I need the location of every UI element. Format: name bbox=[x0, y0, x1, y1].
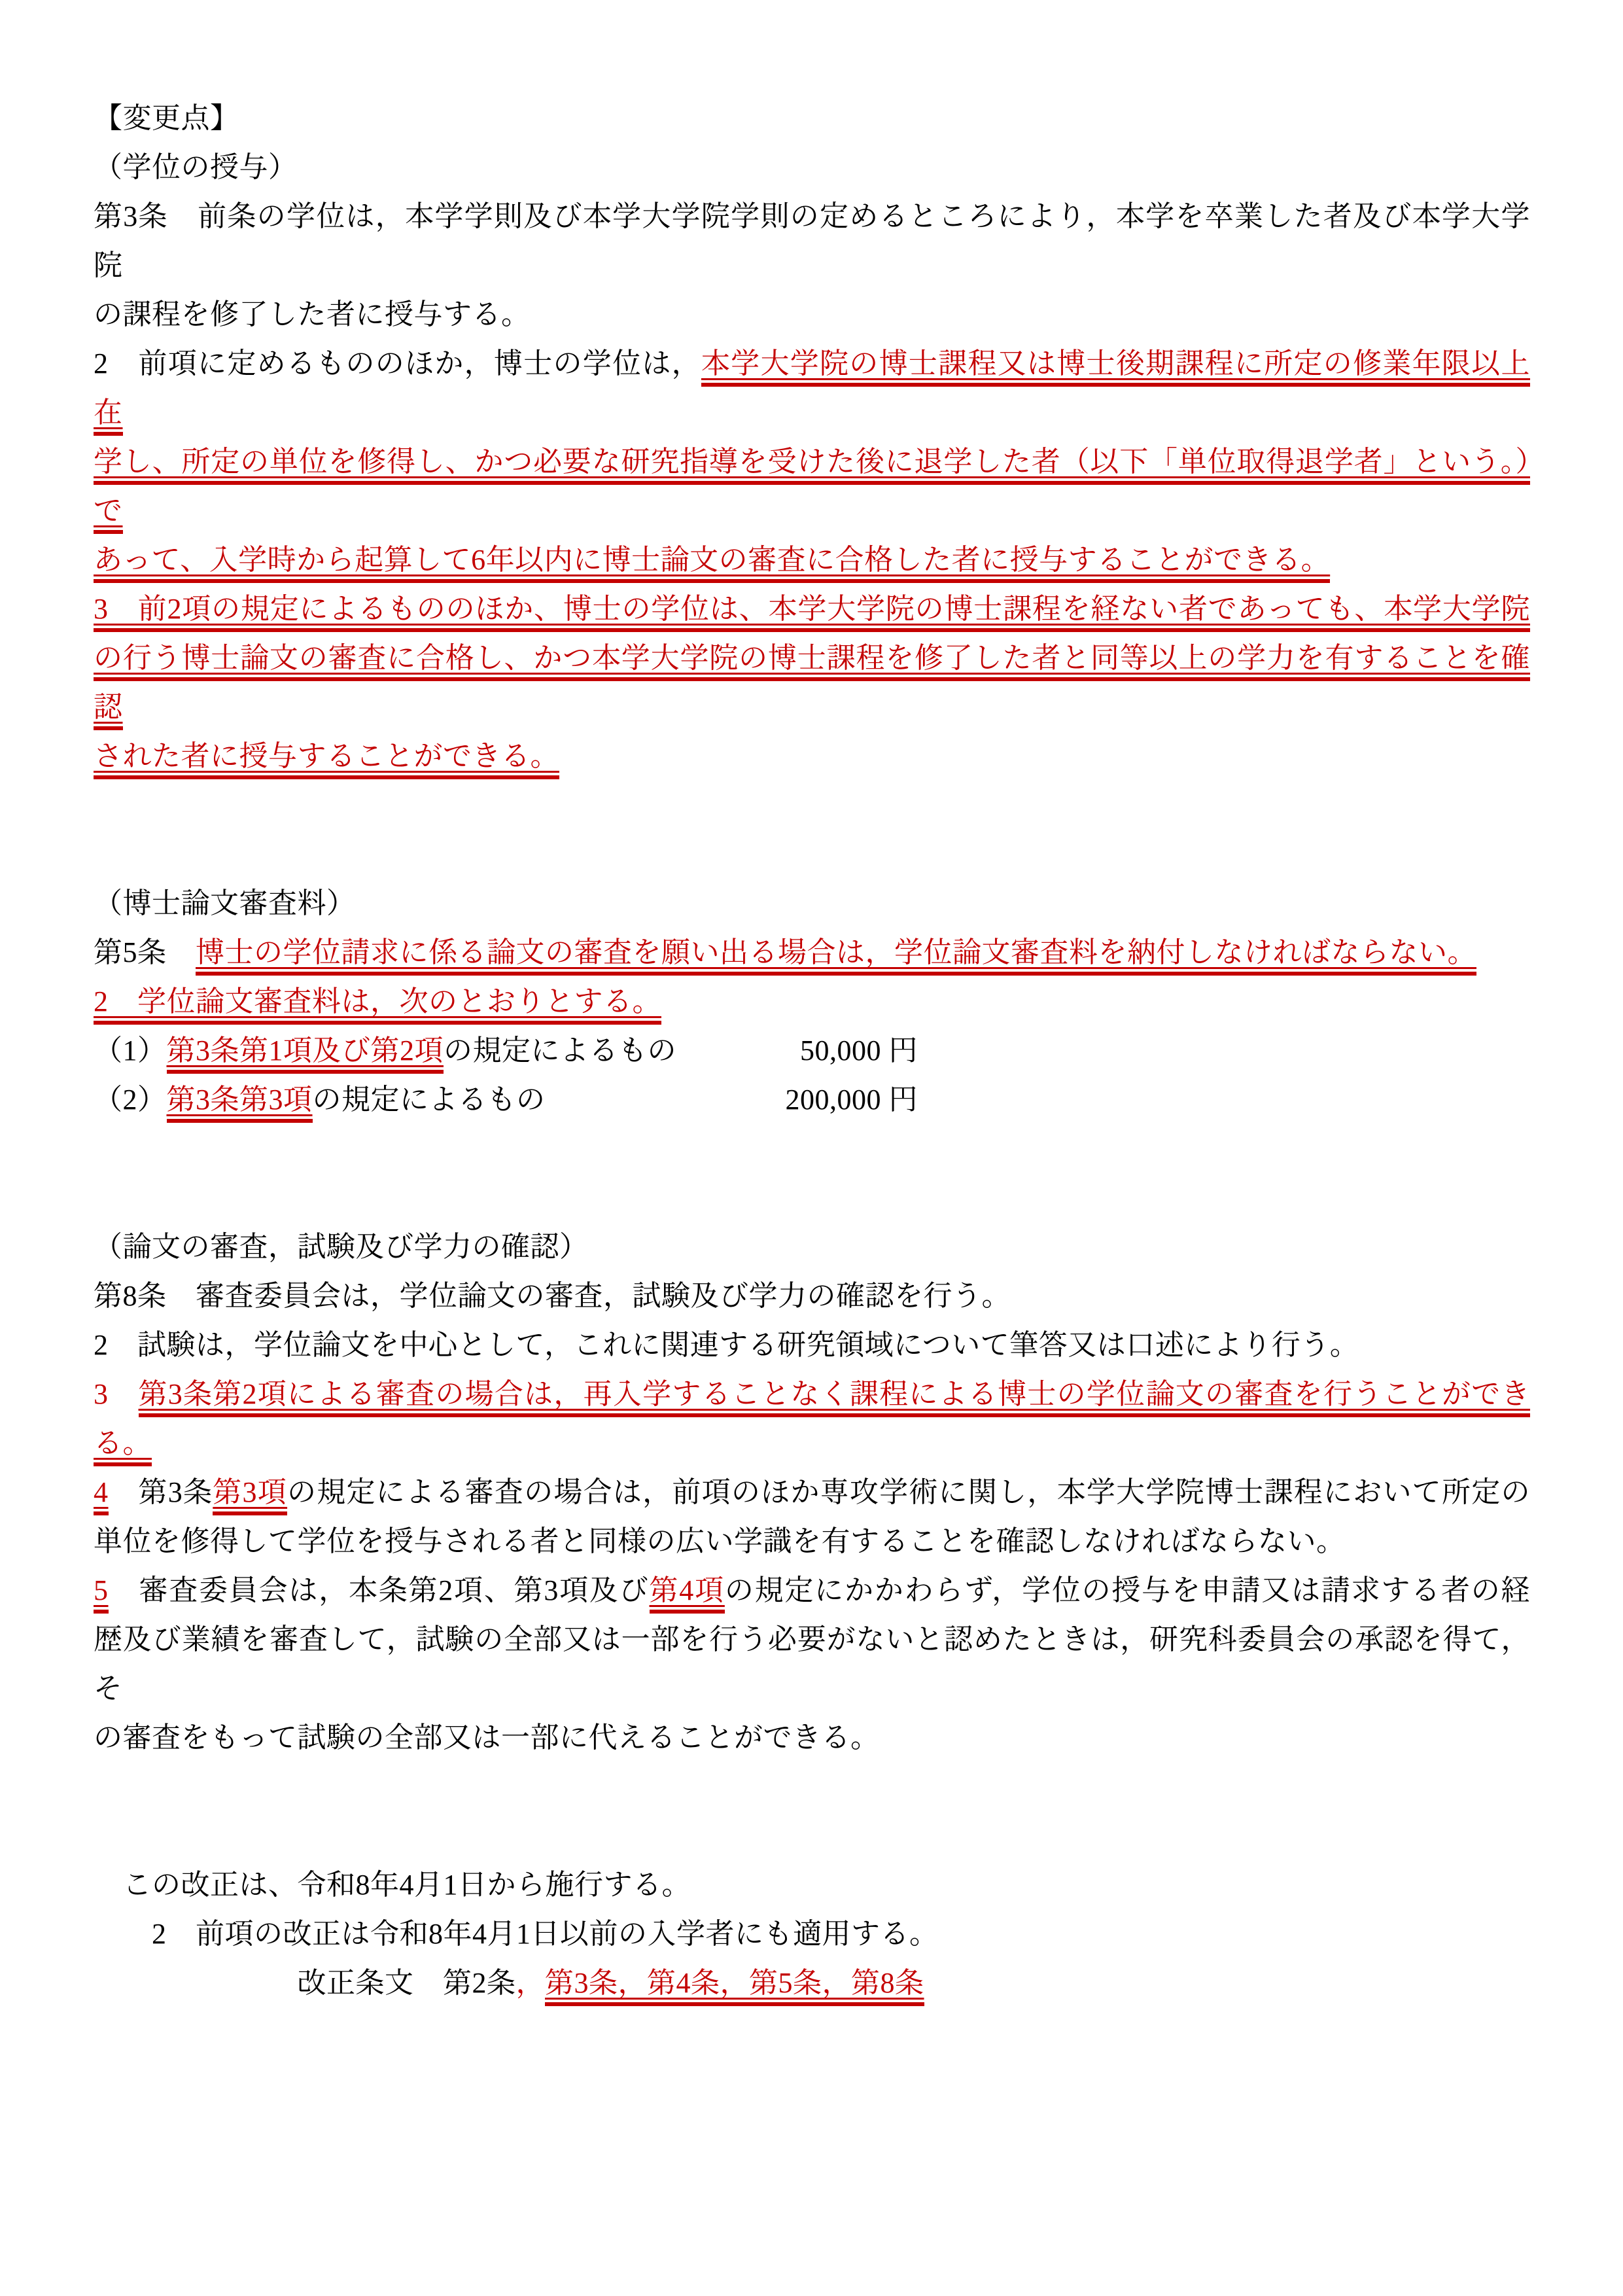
text-segment: の審査をもって試験の全部又は一部に代えることができる。 bbox=[94, 1722, 880, 1754]
text-segment: （博士論文審査料） bbox=[94, 887, 356, 919]
text-segment: （2） bbox=[94, 1084, 167, 1116]
section-title-examination: （論文の審査，試験及び学力の確認） bbox=[94, 1222, 1530, 1271]
article8-para4-line2: 単位を修得して学位を授与される者と同様の広い学識を有することを確認しなければなら… bbox=[94, 1517, 1530, 1566]
supplementary-para1: この改正は、令和8年4月1日から施行する。 bbox=[94, 1860, 1530, 1909]
heading-changes: 【変更点】 bbox=[94, 94, 1530, 143]
text-segment: された者に授与することができる。 bbox=[94, 740, 559, 779]
article3-para2-line3: あって、入学時から起算して6年以内に博士論文の審査に合格した者に授与することがで… bbox=[94, 535, 1530, 584]
section-title-doctoral-fee: （博士論文審査料） bbox=[94, 879, 1530, 928]
article5-para1: 第5条 博士の学位請求に係る論文の審査を願い出る場合は，学位論文審査料を納付しな… bbox=[94, 928, 1530, 977]
section-title-degree-award: （学位の授与） bbox=[94, 143, 1530, 192]
text-segment: 4 bbox=[94, 1476, 109, 1515]
article8-para5-line1: 5 審査委員会は，本条第2項、第3項及び第4項の規定にかかわらず，学位の授与を申… bbox=[94, 1566, 1530, 1615]
text-segment: 歴及び業績を審査して，試験の全部又は一部を行う必要がないと認めたときは，研究科委… bbox=[94, 1623, 1530, 1704]
text-segment: この改正は、令和8年4月1日から施行する。 bbox=[94, 1869, 691, 1901]
text-segment: 第3条第1項及び第2項 bbox=[167, 1034, 444, 1074]
text-segment: 博士の学位請求に係る論文の審査を願い出る場合は，学位論文審査料を納付しなければな… bbox=[196, 936, 1476, 976]
article3-para2-line2: 学し、所定の単位を修得し、かつ必要な研究指導を受けた後に退学した者（以下「単位取… bbox=[94, 437, 1530, 535]
text-segment: 【変更点】 bbox=[94, 102, 239, 134]
article3-para3-line1: 3 前2項の規定によるもののほか、博士の学位は、本学大学院の博士課程を経ない者で… bbox=[94, 584, 1530, 633]
text-segment: 第3条第2項による審査の場合は，再入学することなく課程による博士の学位論文の審査… bbox=[139, 1378, 1531, 1417]
text-segment: の課程を修了した者に授与する。 bbox=[94, 298, 531, 330]
text-segment: （学位の授与） bbox=[94, 151, 298, 183]
text-segment: の規定による審査の場合は，前項のほか専攻学術に関し，本学大学院博士課程において所… bbox=[287, 1476, 1530, 1508]
article3-para1-line1: 第3条 前条の学位は，本学学則及び本学大学院学則の定めるところにより，本学を卒業… bbox=[94, 192, 1530, 290]
text-segment: 3 前2項の規定によるもののほか、博士の学位は、本学大学院の博士課程を経ない者で… bbox=[94, 593, 1530, 632]
text-segment: （論文の審査，試験及び学力の確認） bbox=[94, 1231, 589, 1263]
text-segment: 2 前項に定めるもののほか，博士の学位は， bbox=[94, 347, 701, 380]
text-segment: 2 前項の改正は令和8年4月1日以前の入学者にも適用する。 bbox=[94, 1918, 939, 1950]
fee-item-2: （2）第3条第3項の規定によるもの200,000 円 bbox=[94, 1075, 1530, 1124]
text-segment: の行う博士論文の審査に合格し、かつ本学大学院の博士課程を修了した者と同等以上の学… bbox=[94, 642, 1530, 730]
text-segment: 改正条文 第2条 bbox=[94, 1967, 516, 1999]
document-content: 【変更点】（学位の授与）第3条 前条の学位は，本学学則及び本学大学院学則の定める… bbox=[94, 94, 1530, 2007]
text-segment: る。 bbox=[94, 1427, 152, 1466]
text-segment: の規定にかかわらず，学位の授与を申請又は請求する者の経 bbox=[725, 1574, 1530, 1606]
supplementary-para2: 2 前項の改正は令和8年4月1日以前の入学者にも適用する。 bbox=[94, 1909, 1530, 1958]
text-segment: 3 bbox=[94, 1378, 139, 1410]
text-segment: 審査委員会は，本条第2項、第3項及び bbox=[109, 1574, 650, 1606]
article5-para2: 2 学位論文審査料は，次のとおりとする。 bbox=[94, 977, 1530, 1026]
fee-amount: 200,000 円 bbox=[551, 1075, 918, 1124]
text-segment: 2 試験は，学位論文を中心として，これに関連する研究領域について筆答又は口述によ… bbox=[94, 1329, 1359, 1361]
article8-para1: 第8条 審査委員会は，学位論文の審査，試験及び学力の確認を行う。 bbox=[94, 1271, 1530, 1320]
article8-para4-line1: 4 第3条第3項の規定による審査の場合は，前項のほか専攻学術に関し，本学大学院博… bbox=[94, 1468, 1530, 1517]
text-segment: 第8条 審査委員会は，学位論文の審査，試験及び学力の確認を行う。 bbox=[94, 1280, 1011, 1312]
article8-para5-line2: 歴及び業績を審査して，試験の全部又は一部を行う必要がないと認めたときは，研究科委… bbox=[94, 1615, 1530, 1713]
article8-para5-line3: の審査をもって試験の全部又は一部に代えることができる。 bbox=[94, 1713, 1530, 1762]
text-segment: 単位を修得して学位を授与される者と同様の広い学識を有することを確認しなければなら… bbox=[94, 1525, 1346, 1557]
text-segment: 第3条 前条の学位は，本学学則及び本学大学院学則の定めるところにより，本学を卒業… bbox=[94, 200, 1530, 281]
article3-para1-line2: の課程を修了した者に授与する。 bbox=[94, 290, 1530, 339]
text-segment: の規定によるもの bbox=[313, 1084, 546, 1116]
text-segment: 5 bbox=[94, 1574, 109, 1614]
text-segment: 第3条，第4条，第5条，第8条 bbox=[545, 1967, 924, 2006]
text-segment: あって、入学時から起算して6年以内に博士論文の審査に合格した者に授与することがで… bbox=[94, 544, 1330, 583]
article3-para3-line2: の行う博士論文の審査に合格し、かつ本学大学院の博士課程を修了した者と同等以上の学… bbox=[94, 633, 1530, 732]
text-segment: ， bbox=[516, 1967, 546, 1999]
text-segment: 2 学位論文審査料は，次のとおりとする。 bbox=[94, 985, 661, 1025]
amendment-articles: 改正条文 第2条，第3条，第4条，第5条，第8条 bbox=[94, 1958, 1530, 2007]
article8-para3-line1: 3 第3条第2項による審査の場合は，再入学することなく課程による博士の学位論文の… bbox=[94, 1369, 1530, 1419]
text-segment: 学し、所定の単位を修得し、かつ必要な研究指導を受けた後に退学した者（以下「単位取… bbox=[94, 446, 1530, 534]
fee-item-1: （1）第3条第1項及び第2項の規定によるもの50,000 円 bbox=[94, 1026, 1530, 1075]
article8-para3-line2: る。 bbox=[94, 1419, 1530, 1468]
text-segment: 第5条 bbox=[94, 936, 196, 968]
article3-para2-line1: 2 前項に定めるもののほか，博士の学位は，本学大学院の博士課程又は博士後期課程に… bbox=[94, 339, 1530, 437]
text-segment: 第3項 bbox=[213, 1476, 287, 1515]
article3-para3-line3: された者に授与することができる。 bbox=[94, 732, 1530, 781]
article8-para2: 2 試験は，学位論文を中心として，これに関連する研究領域について筆答又は口述によ… bbox=[94, 1320, 1530, 1369]
text-segment: 第3条第3項 bbox=[167, 1084, 313, 1123]
fee-amount: 50,000 円 bbox=[551, 1026, 918, 1075]
text-segment: 第3条 bbox=[109, 1476, 213, 1508]
text-segment: （1） bbox=[94, 1034, 167, 1067]
text-segment: 第4項 bbox=[650, 1574, 725, 1614]
document-page: 【変更点】（学位の授与）第3条 前条の学位は，本学学則及び本学大学院学則の定める… bbox=[0, 0, 1623, 2296]
